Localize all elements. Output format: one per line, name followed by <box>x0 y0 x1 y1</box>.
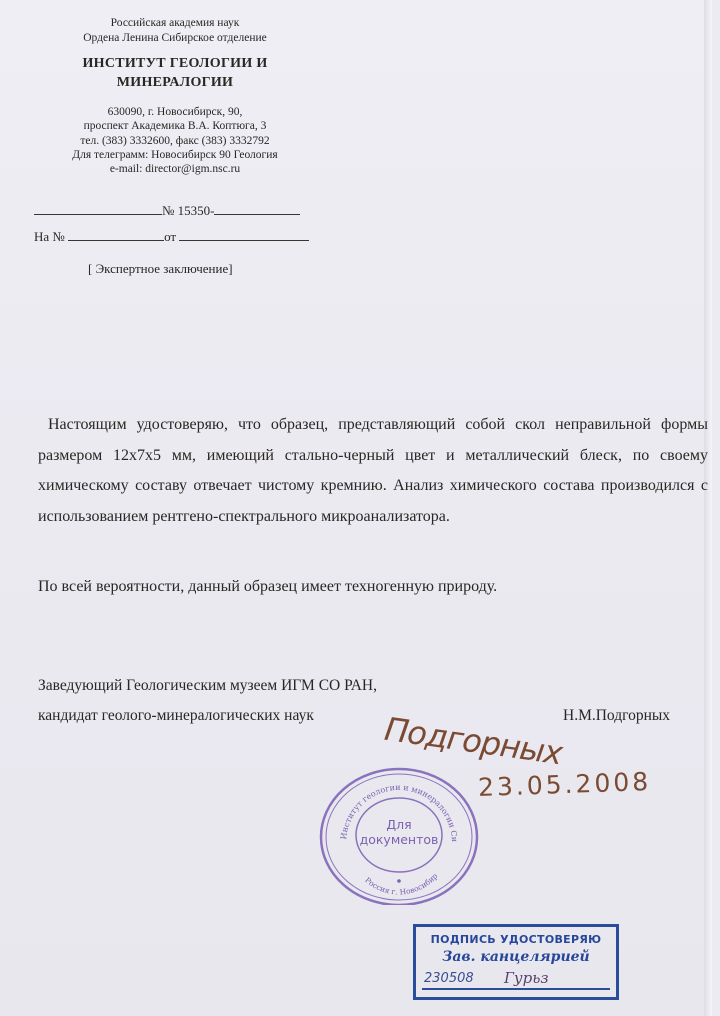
round-seal: Институт геологии и минералогии Сибирско… <box>316 765 482 905</box>
phone-fax-line: тел. (383) 3332600, факс (383) 3332792 <box>30 134 320 148</box>
org-line-2: Ордена Ленина Сибирское отделение <box>30 31 320 46</box>
letterhead-address: 630090, г. Новосибирск, 90, проспект Ака… <box>30 105 320 176</box>
signatory-degree: кандидат геолого-минералогических наук <box>38 707 314 725</box>
handwritten-signature: Подгорных <box>382 710 564 772</box>
stamp-underline <box>422 988 610 990</box>
email-line: e-mail: director@igm.nsc.ru <box>30 162 320 176</box>
stamp-line-1: ПОДПИСЬ УДОСТОВЕРЯЮ <box>416 933 616 946</box>
stamp-date: 230508 <box>424 971 474 986</box>
seal-center-line-1: Для <box>316 817 482 832</box>
outgoing-number: № 15350- <box>162 203 214 218</box>
certification-stamp: ПОДПИСЬ УДОСТОВЕРЯЮ Зав. канцелярией 230… <box>413 924 619 1000</box>
address-line: проспект Академика В.А. Коптюга, 3 <box>30 119 320 133</box>
signatory-position: Заведующий Геологическим музеем ИГМ СО Р… <box>38 677 377 695</box>
body-paragraph-2: По всей вероятности, данный образец имее… <box>38 572 708 603</box>
document-page: Российская академия наук Ордена Ленина С… <box>0 0 712 1016</box>
reply-from-label: от <box>164 229 176 244</box>
address-line: 630090, г. Новосибирск, 90, <box>30 105 320 119</box>
org-line-1: Российская академия наук <box>30 16 320 31</box>
body-paragraph-2-text: По всей вероятности, данный образец имее… <box>38 578 497 595</box>
seal-center-text: Для документов <box>316 817 482 847</box>
body-paragraph-1: Настоящим удостоверяю, что образец, пред… <box>38 410 708 532</box>
stamp-signature: Гурьз <box>504 969 549 987</box>
reply-date-blank <box>179 228 309 241</box>
body-paragraph-1-text: Настоящим удостоверяю, что образец, пред… <box>38 416 708 525</box>
handwritten-date: 23.05.2008 <box>478 767 652 802</box>
date-blank <box>34 202 162 215</box>
telegram-line: Для телеграмм: Новосибирск 90 Геология <box>30 148 320 162</box>
number-suffix-blank <box>214 202 300 215</box>
signatory-name: Н.М.Подгорных <box>563 707 670 725</box>
institute-title-line-2: МИНЕРАЛОГИИ <box>30 73 320 92</box>
reply-number-label: На № <box>34 229 65 244</box>
document-type: [ Экспертное заключение] <box>88 261 233 277</box>
institute-title: ИНСТИТУТ ГЕОЛОГИИ И МИНЕРАЛОГИИ <box>30 54 320 92</box>
institute-title-line-1: ИНСТИТУТ ГЕОЛОГИИ И <box>30 54 320 73</box>
reply-number-blank <box>68 228 164 241</box>
reply-reference-row: На № от <box>34 228 309 245</box>
letterhead-org: Российская академия наук Ордена Ленина С… <box>30 16 320 46</box>
outgoing-number-row: № 15350- <box>34 202 300 219</box>
stamp-line-2: Зав. канцелярией <box>416 949 616 965</box>
seal-center-line-2: документов <box>316 832 482 847</box>
